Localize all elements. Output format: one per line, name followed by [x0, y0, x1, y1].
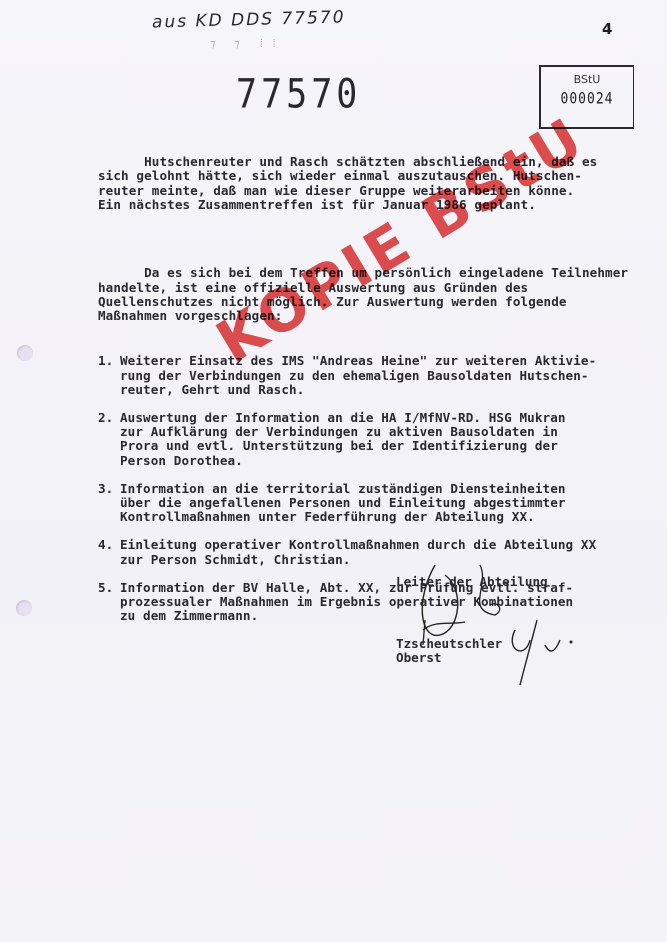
punch-hole-bottom: [16, 600, 32, 616]
list-item: 3. Information an die territorial zustän…: [98, 482, 658, 525]
signatory-title: Leiter der Abteilung: [396, 575, 548, 590]
archive-stamp-number: 000024: [541, 91, 633, 109]
page-number: 4: [602, 20, 612, 38]
handwritten-note: aus KD DDS 77570: [152, 7, 346, 32]
signatory-name: Tzscheutschler: [396, 637, 548, 652]
signatory-rank: Oberst: [396, 651, 548, 666]
list-item: 2. Auswertung der Information an die HA …: [98, 411, 658, 468]
file-number: 77570: [236, 72, 361, 118]
faint-marks: ⁊ ⁊ ⁞⁞: [210, 37, 283, 51]
signature-block: Leiter der Abteilung Tzscheutschler Ober…: [396, 575, 548, 666]
punch-hole-top: [17, 345, 33, 361]
list-item: 1. Weiterer Einsatz des IMS "Andreas Hei…: [98, 354, 658, 397]
archive-stamp-label: BStU: [541, 73, 633, 86]
document-page: aus KD DDS 77570 ⁊ ⁊ ⁞⁞ 4 77570 BStU 000…: [0, 0, 667, 942]
